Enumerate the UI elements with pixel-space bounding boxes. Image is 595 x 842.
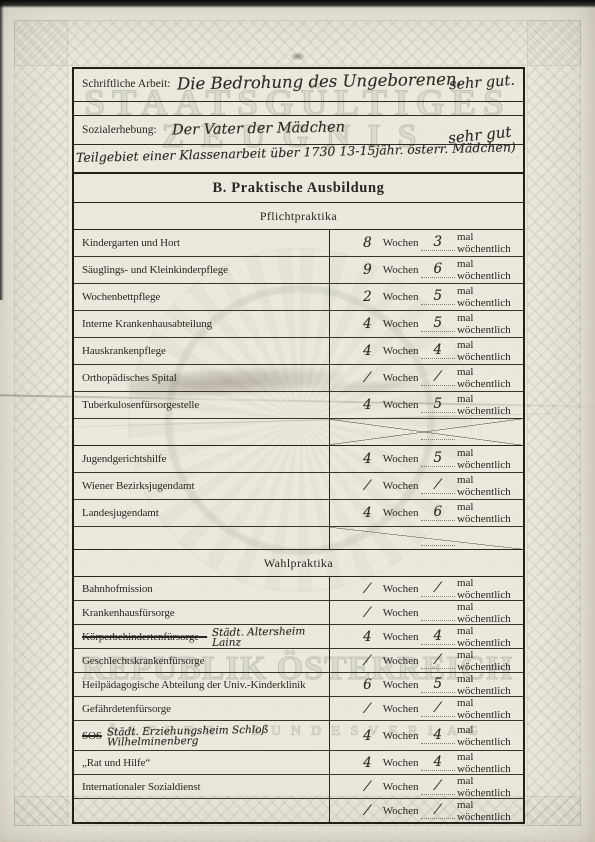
times-unit-label: mal wöchentlich: [457, 775, 523, 799]
weeks-value: ⁄: [352, 605, 383, 621]
times-value: ⁄: [421, 701, 455, 717]
weeks-unit-label: Wochen: [383, 679, 419, 691]
weeks-value: ⁄: [352, 478, 383, 494]
practicum-value-cell: ⁄ Wochen ⁄ mal wöchentlich: [330, 649, 523, 672]
practicum-value-cell: 4 Wochen 4 mal wöchentlich: [330, 751, 523, 774]
certificate-page: STAATSGÜLTIGES ZEUGNIS REPUBLIK ÖSTERREI…: [0, 0, 595, 842]
times-unit-label: mal wöchentlich: [457, 312, 523, 336]
practicum-label: Gefährdetenfürsorge: [82, 703, 171, 715]
practicum-value-cell: ⁄ Wochen mal wöchentlich: [330, 601, 523, 624]
practicum-label-cell: Interne Krankenhausabteilung: [74, 311, 330, 337]
written-work-row: Schriftliche Arbeit: Die Bedrohung des U…: [74, 69, 523, 102]
times-unit-label: mal wöchentlich: [457, 501, 523, 525]
weeks-value: 9: [352, 262, 383, 278]
times-value: 6: [421, 505, 455, 521]
weeks-unit-label: Wochen: [383, 607, 419, 619]
practicum-row: Hauskrankenpflege 4 Wochen 4 mal wöchent…: [74, 338, 523, 365]
practicum-value-cell: ⁄ Wochen ⁄ mal wöchentlich: [330, 473, 523, 499]
weeks-unit-label: Wochen: [383, 264, 419, 276]
practicum-value-cell: 4 Wochen 4 mal wöchentlich: [330, 625, 523, 648]
times-value: [421, 424, 455, 440]
weeks-value: 4: [352, 316, 383, 332]
practicum-label: Geschlechtskrankenfürsorge: [82, 655, 204, 667]
practicum-label: SOS: [82, 730, 102, 742]
pflichtpraktika-title: Pflichtpraktika: [74, 203, 523, 230]
weeks-unit-label: Wochen: [383, 453, 419, 465]
practicum-label: Hauskrankenpflege: [82, 345, 166, 357]
weeks-unit-label: Wochen: [383, 318, 419, 330]
practicum-row: Jugendgerichtshilfe 4 Wochen 5 mal wöche…: [74, 445, 523, 473]
practicum-label: Kindergarten und Hort: [82, 237, 180, 249]
practicum-label-cell: Bahnhofmission: [74, 577, 330, 600]
times-unit-label: mal wöchentlich: [457, 697, 523, 721]
practicum-label: Heilpädagogische Abteilung der Univ.-Kin…: [82, 679, 306, 691]
practicum-label-cell: Hauskrankenpflege: [74, 338, 330, 364]
practicum-value-cell: 4 Wochen 4 mal wöchentlich: [330, 338, 523, 364]
weeks-value: 4: [352, 505, 383, 521]
practicum-label-cell: Wochenbettpflege: [74, 284, 330, 310]
practicum-label-cell: [74, 799, 330, 822]
practicum-row: Wiener Bezirksjugendamt ⁄ Wochen ⁄ mal w…: [74, 473, 523, 500]
times-value: 5: [421, 316, 455, 332]
scan-edge-top: [0, 0, 595, 8]
weeks-value: 4: [352, 728, 383, 744]
practicum-label-cell: Krankenhausfürsorge: [74, 601, 330, 624]
practicum-label: Wochenbettpflege: [82, 291, 160, 303]
practicum-value-cell: Wochen mal wöchentlich: [330, 527, 523, 549]
weeks-value: 6: [352, 677, 383, 693]
practicum-value-cell: 9 Wochen 6 mal wöchentlich: [330, 257, 523, 283]
practicum-value-cell: 4 Wochen 5 mal wöchentlich: [330, 311, 523, 337]
practicum-label-cell: Internationaler Sozialdienst: [74, 775, 330, 798]
social-survey-label: Sozialerhebung:: [82, 124, 157, 136]
practicum-value-cell: ⁄ Wochen ⁄ mal wöchentlich: [330, 775, 523, 798]
weeks-value: 4: [352, 397, 383, 413]
social-survey-value: Der Vater der Mädchen: [172, 119, 345, 138]
times-value: ⁄: [421, 653, 455, 669]
weeks-unit-label: Wochen: [383, 480, 419, 492]
weeks-unit-label: Wochen: [383, 781, 419, 793]
practicum-row: Körperbehindertenfürsorge – Städt. Alter…: [74, 625, 523, 649]
times-unit-label: mal wöchentlich: [457, 724, 523, 748]
practicum-value-cell: 4 Wochen 6 mal wöchentlich: [330, 500, 523, 526]
practicum-row: Interne Krankenhausabteilung 4 Wochen 5 …: [74, 311, 523, 338]
weeks-value: 2: [352, 289, 383, 305]
times-unit-label: mal wöchentlich: [457, 625, 523, 649]
weeks-value: 4: [352, 629, 383, 645]
weeks-unit-label: Wochen: [383, 805, 419, 817]
practicum-label: Internationaler Sozialdienst: [82, 781, 200, 793]
times-value: 4: [421, 343, 455, 359]
times-unit-label: mal wöchentlich: [457, 447, 523, 471]
practicum-label: Säuglings- und Kleinkinderpflege: [82, 264, 228, 276]
times-value: 4: [421, 728, 455, 744]
practicum-label-cell: Heilpädagogische Abteilung der Univ.-Kin…: [74, 673, 330, 696]
times-value: [421, 530, 455, 546]
handwritten-annotation: Städt. Erziehungsheim Schloß Wilhelminen…: [107, 724, 282, 747]
times-value: 5: [421, 289, 455, 305]
times-unit-label: mal wöchentlich: [457, 673, 523, 697]
weeks-unit-label: Wochen: [383, 345, 419, 357]
practicum-label-cell: Wiener Bezirksjugendamt: [74, 473, 330, 499]
practicum-row: SOS Städt. Erziehungsheim Schloß Wilhelm…: [74, 721, 523, 751]
training-record-table: Schriftliche Arbeit: Die Bedrohung des U…: [72, 67, 525, 824]
practicum-row: Wochen mal wöchentlich: [74, 527, 523, 549]
practicum-label: Tuberkulosenfürsorgestelle: [82, 399, 199, 411]
weeks-value: ⁄: [352, 581, 383, 597]
practicum-label: Interne Krankenhausabteilung: [82, 318, 212, 330]
practicum-label-cell: [74, 527, 330, 549]
practicum-row: Wochenbettpflege 2 Wochen 5 mal wöchentl…: [74, 284, 523, 311]
practicum-row: Landesjugendamt 4 Wochen 6 mal wöchentli…: [74, 500, 523, 527]
times-value: ⁄: [421, 803, 455, 819]
practicum-row: Internationaler Sozialdienst ⁄ Wochen ⁄ …: [74, 775, 523, 799]
practicum-row: Krankenhausfürsorge ⁄ Wochen mal wöchent…: [74, 601, 523, 625]
handwritten-note-row: Teilgebiet einer Klassenarbeit über 1730…: [74, 145, 523, 174]
scan-edge-left: [0, 0, 4, 300]
times-value: 3: [421, 235, 455, 251]
page-top-mark: [290, 52, 306, 61]
practicum-row: Bahnhofmission ⁄ Wochen ⁄ mal wöchentlic…: [74, 577, 523, 601]
handwritten-annotation: Städt. Altersheim Lainz: [212, 625, 329, 647]
times-value: [421, 605, 455, 621]
practicum-label-cell: Säuglings- und Kleinkinderpflege: [74, 257, 330, 283]
practicum-row: Heilpädagogische Abteilung der Univ.-Kin…: [74, 673, 523, 697]
times-value: 6: [421, 262, 455, 278]
times-unit-label: mal wöchentlich: [457, 577, 523, 601]
weeks-unit-label: Wochen: [383, 237, 419, 249]
weeks-value: 4: [352, 451, 383, 467]
practicum-row: Säuglings- und Kleinkinderpflege 9 Woche…: [74, 257, 523, 284]
written-work-label: Schriftliche Arbeit:: [82, 78, 170, 90]
practicum-label: Bahnhofmission: [82, 583, 153, 595]
weeks-unit-label: Wochen: [383, 291, 419, 303]
practicum-row: Geschlechtskrankenfürsorge ⁄ Wochen ⁄ ma…: [74, 649, 523, 673]
weeks-value: ⁄: [352, 701, 383, 717]
times-value: 4: [421, 629, 455, 645]
practicum-row: Wochen mal wöchentlich: [74, 419, 523, 446]
practicum-label: Landesjugendamt: [82, 507, 159, 519]
practicum-label-cell: SOS Städt. Erziehungsheim Schloß Wilhelm…: [74, 721, 330, 750]
times-value: ⁄: [421, 581, 455, 597]
wahlpraktika-rows: Bahnhofmission ⁄ Wochen ⁄ mal wöchentlic…: [74, 577, 523, 822]
weeks-unit-label: Wochen: [383, 631, 419, 643]
weeks-value: 4: [352, 755, 383, 771]
practicum-value-cell: Wochen mal wöchentlich: [330, 419, 523, 445]
practicum-value-cell: 6 Wochen 5 mal wöchentlich: [330, 673, 523, 696]
practicum-label: Krankenhausfürsorge: [82, 607, 175, 619]
practicum-label: Jugendgerichtshilfe: [82, 453, 166, 465]
weeks-value: ⁄: [352, 803, 383, 819]
written-work-grade: sehr gut.: [449, 73, 516, 94]
times-unit-label: mal wöchentlich: [457, 474, 523, 498]
times-unit-label: mal wöchentlich: [457, 231, 523, 255]
times-unit-label: mal wöchentlich: [457, 751, 523, 775]
practicum-value-cell: 4 Wochen 4 mal wöchentlich: [330, 721, 523, 750]
practicum-value-cell: ⁄ Wochen ⁄ mal wöchentlich: [330, 577, 523, 600]
practicum-label: Wiener Bezirksjugendamt: [82, 480, 194, 492]
practicum-row: „Rat und Hilfe“ 4 Wochen 4 mal wöchentli…: [74, 751, 523, 775]
wahlpraktika-title: Wahlpraktika: [74, 550, 523, 577]
practicum-row: Kindergarten und Hort 8 Wochen 3 mal wöc…: [74, 230, 523, 257]
practicum-label-cell: Geschlechtskrankenfürsorge: [74, 649, 330, 672]
practicum-row: Gefährdetenfürsorge ⁄ Wochen ⁄ mal wöche…: [74, 697, 523, 721]
practicum-label: „Rat und Hilfe“: [82, 757, 150, 769]
times-value: 4: [421, 755, 455, 771]
practicum-label-cell: Körperbehindertenfürsorge – Städt. Alter…: [74, 625, 330, 648]
weeks-unit-label: Wochen: [383, 730, 419, 742]
section-title: B. Praktische Ausbildung: [74, 174, 523, 203]
practicum-value-cell: 4 Wochen 5 mal wöchentlich: [330, 446, 523, 472]
weeks-unit-label: Wochen: [383, 703, 419, 715]
weeks-unit-label: Wochen: [383, 757, 419, 769]
times-value: ⁄: [421, 478, 455, 494]
weeks-value: ⁄: [352, 779, 383, 795]
practicum-label-cell: Gefährdetenfürsorge: [74, 697, 330, 720]
practicum-label-cell: Jugendgerichtshilfe: [74, 446, 330, 472]
practicum-row: ⁄ Wochen ⁄ mal wöchentlich: [74, 799, 523, 822]
practicum-label-cell: Landesjugendamt: [74, 500, 330, 526]
practicum-label-cell: „Rat und Hilfe“: [74, 751, 330, 774]
ruled-blank-line: [74, 102, 523, 116]
times-value: ⁄: [421, 779, 455, 795]
weeks-value: 8: [352, 235, 383, 251]
times-unit-label: mal wöchentlich: [457, 339, 523, 363]
times-value: 5: [421, 677, 455, 693]
practicum-value-cell: 8 Wochen 3 mal wöchentlich: [330, 230, 523, 256]
weeks-unit-label: Wochen: [383, 583, 419, 595]
times-unit-label: mal wöchentlich: [457, 799, 523, 823]
weeks-value: ⁄: [352, 653, 383, 669]
times-unit-label: mal wöchentlich: [457, 649, 523, 673]
weeks-value: 4: [352, 343, 383, 359]
practicum-label-cell: Kindergarten und Hort: [74, 230, 330, 256]
times-unit-label: mal wöchentlich: [457, 285, 523, 309]
written-work-value: Die Bedrohung des Ungeborenen.: [177, 70, 462, 94]
weeks-unit-label: Wochen: [383, 507, 419, 519]
practicum-value-cell: ⁄ Wochen ⁄ mal wöchentlich: [330, 697, 523, 720]
weeks-unit-label: Wochen: [383, 655, 419, 667]
practicum-value-cell: ⁄ Wochen ⁄ mal wöchentlich: [330, 799, 523, 822]
times-value: 5: [421, 397, 455, 413]
times-unit-label: mal wöchentlich: [457, 366, 523, 390]
times-unit-label: mal wöchentlich: [457, 601, 523, 625]
practicum-label: Körperbehindertenfürsorge –: [82, 631, 207, 643]
times-unit-label: mal wöchentlich: [457, 258, 523, 282]
practicum-value-cell: 2 Wochen 5 mal wöchentlich: [330, 284, 523, 310]
times-value: 5: [421, 451, 455, 467]
